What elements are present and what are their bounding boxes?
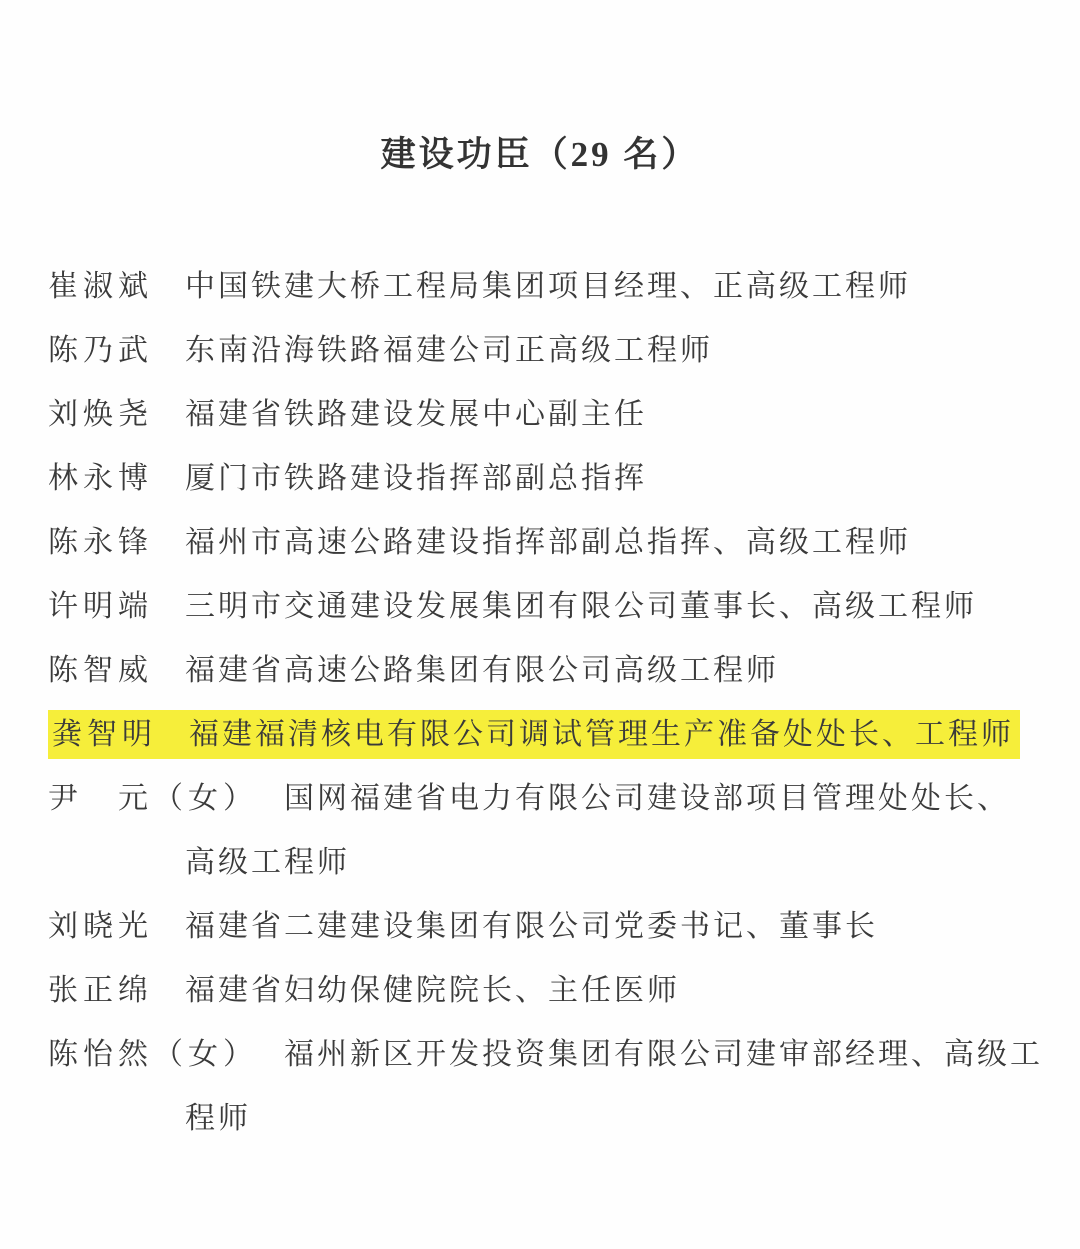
list-item: 刘焕尧福建省铁路建设发展中心副主任 [48,383,1060,447]
honoree-position: 厦门市铁路建设指挥部副总指挥 [185,462,647,495]
honoree-position: 东南沿海铁路福建公司正高级工程师 [185,334,713,367]
list-item: 尹 元（女）国网福建省电力有限公司建设部项目管理处处长、 高级工程师 [48,767,1060,895]
list-item: 崔淑斌中国铁建大桥工程局集团项目经理、正高级工程师 [48,255,1060,319]
honoree-position: 中国铁建大桥工程局集团项目经理、正高级工程师 [185,270,911,303]
honoree-name: 陈怡然（女） [48,1023,258,1087]
honoree-position: 福州新区开发投资集团有限公司建审部经理、高级工 程师 [185,1038,1043,1135]
honoree-name: 刘晓光 [48,895,185,959]
list-item-highlighted: 龚智明福建福清核电有限公司调试管理生产准备处处长、工程师 [48,703,1060,767]
highlight-band: 龚智明福建福清核电有限公司调试管理生产准备处处长、工程师 [48,710,1020,759]
honoree-name: 张正绵 [48,959,185,1023]
list-item: 陈乃武东南沿海铁路福建公司正高级工程师 [48,319,1060,383]
page-title: 建设功臣（29 名） [0,133,1080,177]
list-item: 刘晓光福建省二建建设集团有限公司党委书记、董事长 [48,895,1060,959]
honoree-name: 林永博 [48,447,185,511]
honoree-position: 三明市交通建设发展集团有限公司董事长、高级工程师 [185,590,977,623]
list-item: 陈永锋福州市高速公路建设指挥部副总指挥、高级工程师 [48,511,1060,575]
honoree-list: 崔淑斌中国铁建大桥工程局集团项目经理、正高级工程师 陈乃武东南沿海铁路福建公司正… [0,255,1080,1151]
honoree-position: 福建省铁路建设发展中心副主任 [185,398,647,431]
list-item: 林永博厦门市铁路建设指挥部副总指挥 [48,447,1060,511]
honoree-name: 陈乃武 [48,319,185,383]
honoree-name: 尹 元（女） [48,767,258,831]
honoree-name: 刘焕尧 [48,383,185,447]
honoree-position: 福建省高速公路集团有限公司高级工程师 [185,654,779,687]
honoree-position: 福建省妇幼保健院院长、主任医师 [185,974,680,1007]
list-item: 许明端三明市交通建设发展集团有限公司董事长、高级工程师 [48,575,1060,639]
honoree-name: 陈智威 [48,639,185,703]
honoree-position: 福建省二建建设集团有限公司党委书记、董事长 [185,910,878,943]
honoree-position: 国网福建省电力有限公司建设部项目管理处处长、 高级工程师 [185,782,1010,879]
honoree-name: 龚智明 [52,703,189,767]
list-item: 陈智威福建省高速公路集团有限公司高级工程师 [48,639,1060,703]
honoree-position: 福州市高速公路建设指挥部副总指挥、高级工程师 [185,526,911,559]
honoree-position: 福建福清核电有限公司调试管理生产准备处处长、工程师 [189,718,1014,751]
document-page: 建设功臣（29 名） 崔淑斌中国铁建大桥工程局集团项目经理、正高级工程师 陈乃武… [0,0,1080,1249]
honoree-name: 崔淑斌 [48,255,185,319]
list-item: 张正绵福建省妇幼保健院院长、主任医师 [48,959,1060,1023]
list-item: 陈怡然（女）福州新区开发投资集团有限公司建审部经理、高级工 程师 [48,1023,1060,1151]
honoree-name: 陈永锋 [48,511,185,575]
honoree-name: 许明端 [48,575,185,639]
